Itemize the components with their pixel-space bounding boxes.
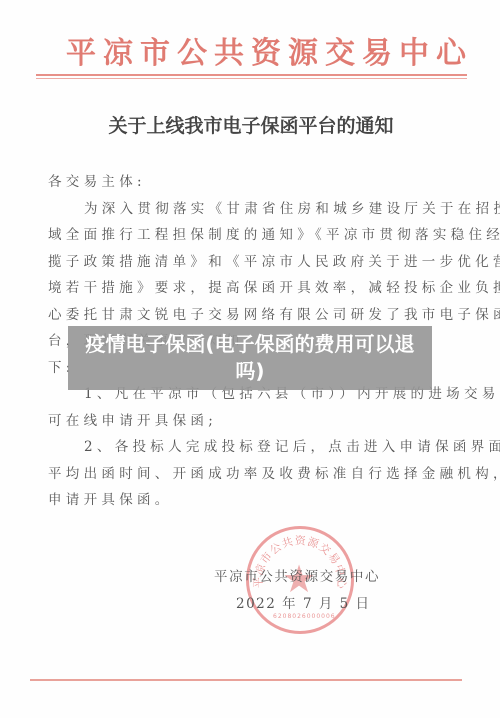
body-line: 心委托甘肃文锐电子交易网络有限公司研发了我市电子保函平: [48, 302, 448, 329]
body-line: 平均出函时间、开函成功率及收费标准自行选择金融机构，在线: [48, 461, 448, 488]
body-line: 2、各投标人完成投标登记后，点击进入申请保函界面，根据: [48, 434, 448, 461]
document-page: 平凉市公共资源交易中心 关于上线我市电子保函平台的通知 各交易主体: 为深入贯彻…: [0, 0, 500, 718]
body-line: 境若干措施》要求，提高保函开具效率，减轻投标企业负担，中: [48, 275, 448, 302]
letterhead-rule-thin: [36, 78, 467, 79]
organization-letterhead: 平凉市公共资源交易中心: [66, 36, 438, 72]
signature-organization: 平凉市公共资源交易中心: [214, 566, 358, 588]
document-title: 关于上线我市电子保函平台的通知: [96, 114, 406, 138]
body-line: 申请开具保函。: [48, 487, 448, 514]
body-line: 为深入贯彻落实《甘肃省住房和城乡建设厅关于在招投标领: [48, 196, 448, 223]
salutation: 各交易主体:: [48, 169, 448, 196]
body-line: 揽子政策措施清单》和《平凉市人民政府关于进一步优化营商环: [48, 249, 448, 276]
body-line: 可在线申请开具保函;: [48, 408, 448, 435]
caption-text: 疫情电子保函(电子保函的费用可以退吗): [85, 331, 415, 385]
signature-date: 2022 年 7 月 5 日: [236, 593, 348, 615]
letterhead-rule: [36, 74, 467, 76]
footer-rule: [30, 679, 462, 681]
caption-overlay: 疫情电子保函(电子保函的费用可以退吗): [68, 326, 432, 390]
body-line: 域全面推行工程担保制度的通知》《平凉市贯彻落实稳住经济一: [48, 222, 448, 249]
